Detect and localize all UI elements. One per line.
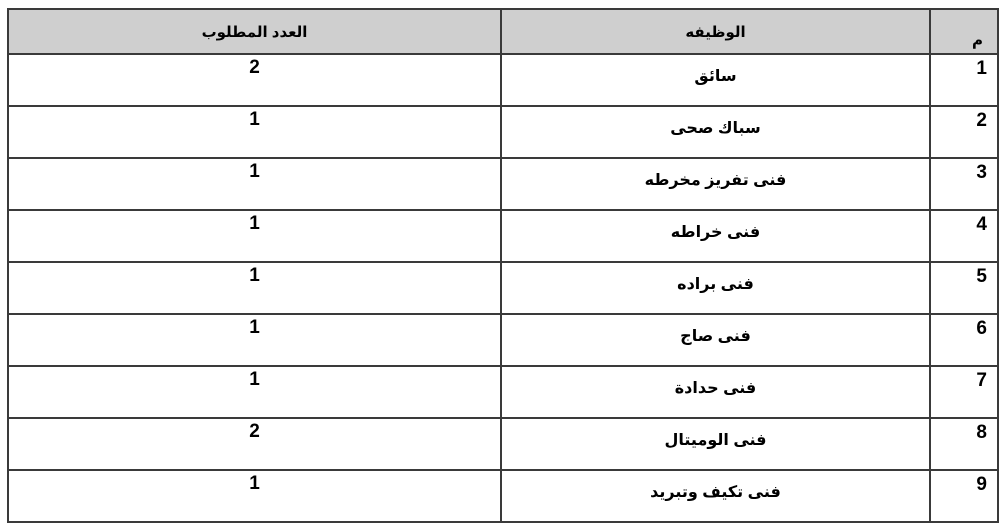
row-count: 2	[8, 418, 501, 425]
table-row: 6 فنى صاج 1	[8, 314, 998, 366]
header-index: م	[930, 9, 998, 54]
row-job: فنى براده	[501, 262, 930, 314]
table-row: 2 سباك صحى 1	[8, 106, 998, 158]
table-row: 5 فنى براده 1	[8, 262, 998, 314]
header-job: الوظيفه	[501, 9, 930, 54]
jobs-table: م الوظيفه العدد المطلوب 1 سائق 2 2 سباك …	[7, 8, 999, 425]
table-row: 3 فنى تفريز مخرطه 1	[8, 158, 998, 210]
row-job: سباك صحى	[501, 106, 930, 158]
row-index: 1	[930, 54, 998, 106]
row-count: 1	[8, 262, 501, 314]
row-job: فنى تفريز مخرطه	[501, 158, 930, 210]
row-index: 5	[930, 262, 998, 314]
table-row: 4 فنى خراطه 1	[8, 210, 998, 262]
row-count: 1	[8, 314, 501, 366]
row-job: فنى خراطه	[501, 210, 930, 262]
table-row: 8 فنى الوميتال 2	[8, 418, 998, 425]
row-count: 1	[8, 210, 501, 262]
row-job: فنى الوميتال	[501, 418, 930, 425]
row-index: 8	[930, 418, 998, 425]
row-job: سائق	[501, 54, 930, 106]
row-index: 4	[930, 210, 998, 262]
header-row: م الوظيفه العدد المطلوب	[8, 9, 998, 54]
row-index: 7	[930, 366, 998, 418]
row-job: فنى حدادة	[501, 366, 930, 418]
table-body: 1 سائق 2 2 سباك صحى 1 3 فنى تفريز مخرطه …	[8, 54, 998, 425]
row-count: 1	[8, 106, 501, 158]
row-job: فنى صاج	[501, 314, 930, 366]
table-row: 7 فنى حدادة 1	[8, 366, 998, 418]
row-index: 2	[930, 106, 998, 158]
row-index: 3	[930, 158, 998, 210]
header-count: العدد المطلوب	[8, 9, 501, 54]
jobs-table-container: م الوظيفه العدد المطلوب 1 سائق 2 2 سباك …	[7, 8, 997, 425]
table-header: م الوظيفه العدد المطلوب	[8, 9, 998, 54]
row-count: 1	[8, 158, 501, 210]
row-index: 6	[930, 314, 998, 366]
row-count: 2	[8, 54, 501, 106]
row-count: 1	[8, 366, 501, 418]
table-row: 1 سائق 2	[8, 54, 998, 106]
